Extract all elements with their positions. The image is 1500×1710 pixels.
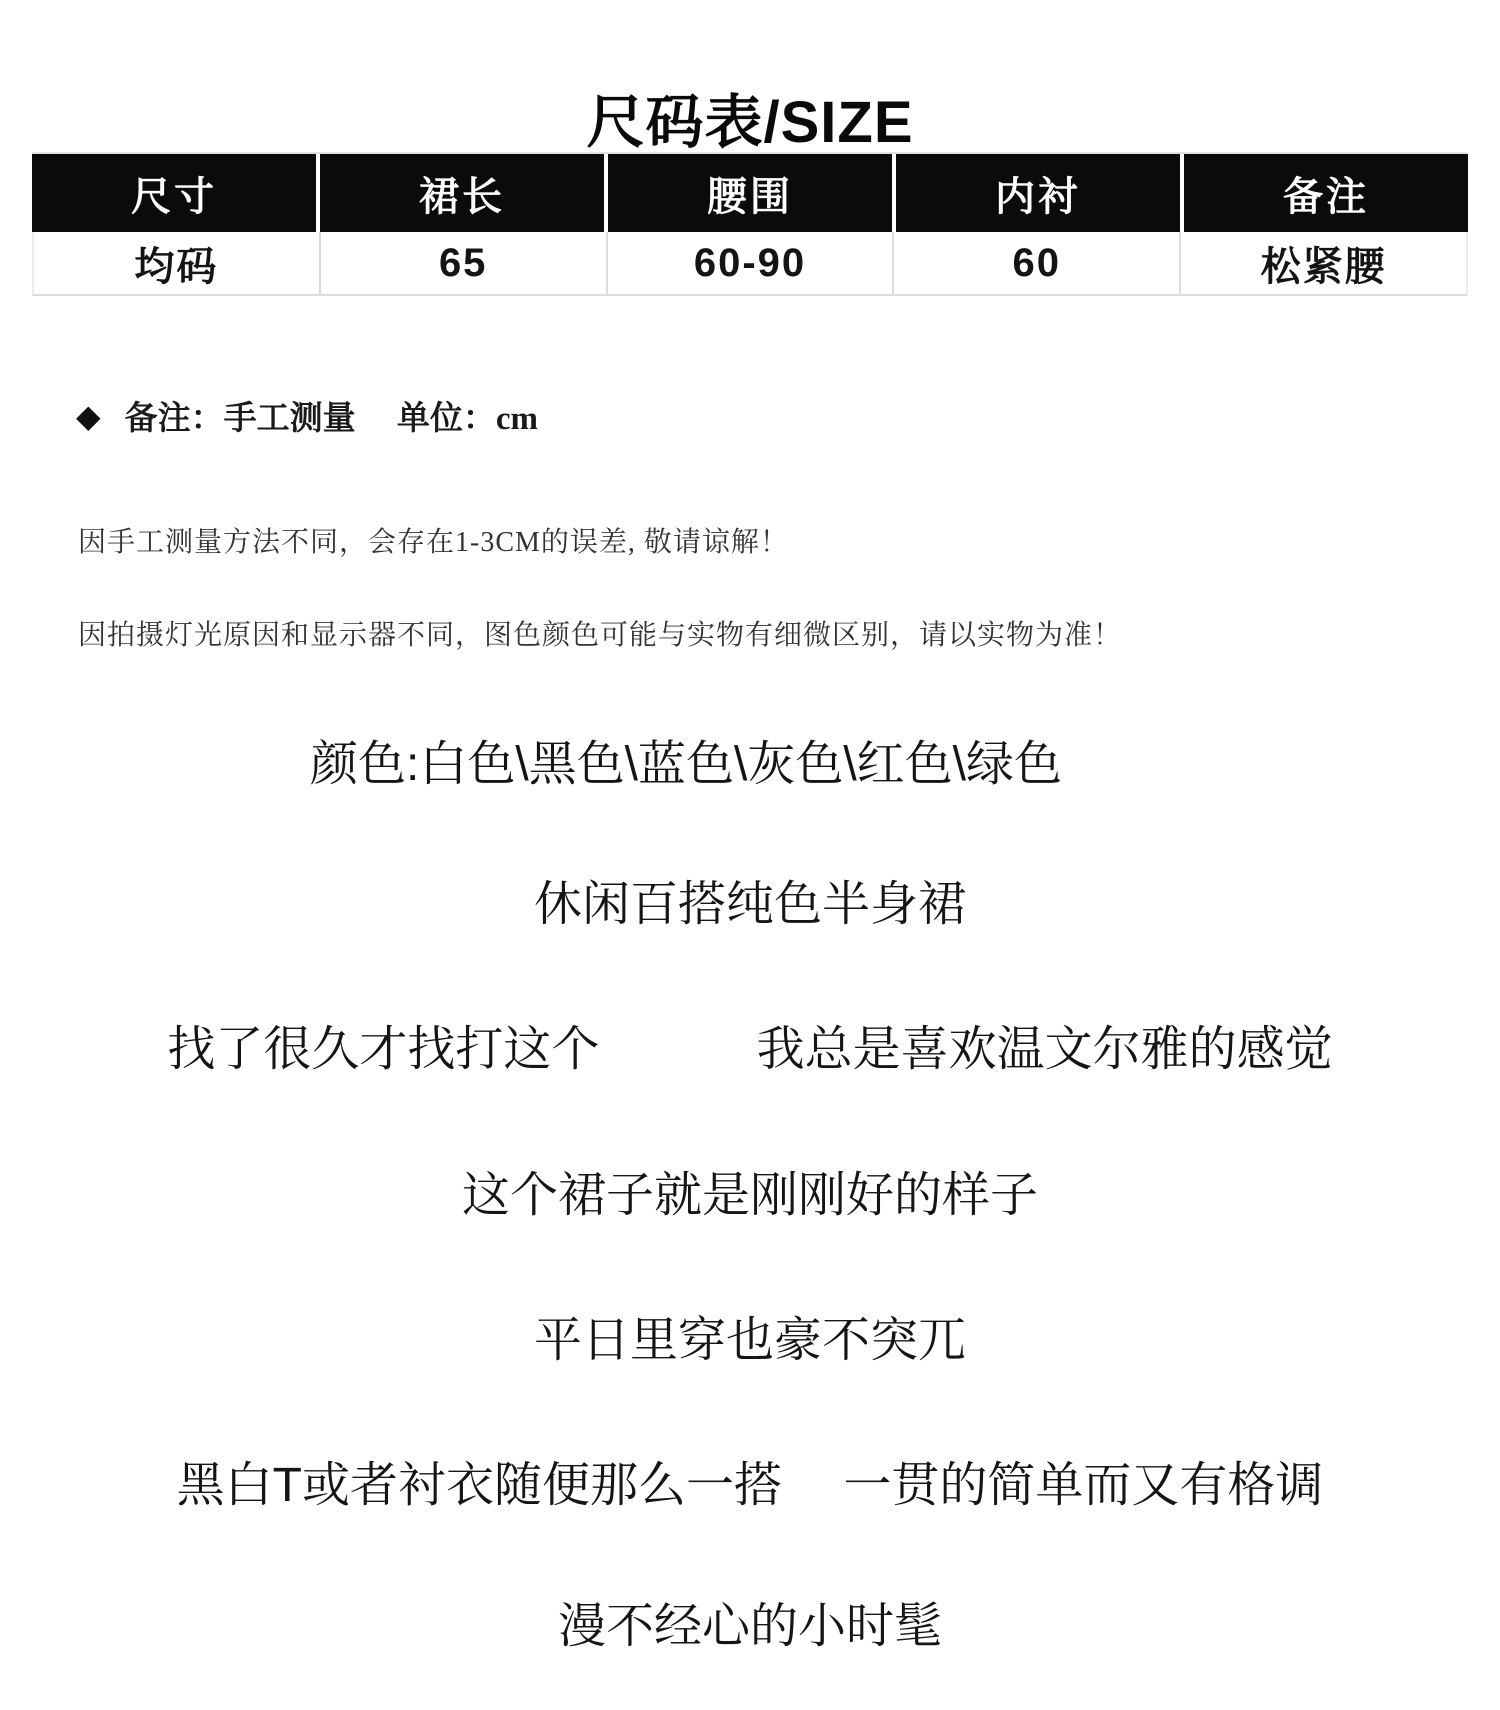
size-chart-page: 尺码表/SIZE 尺寸 裙长 腰围 内衬 备注 均码 65 60-90 60 松… — [0, 0, 1500, 1710]
size-table-data-row: 均码 65 60-90 60 松紧腰 — [32, 232, 1468, 296]
header-cell-waist: 腰围 — [604, 154, 892, 232]
header-cell-size: 尺寸 — [32, 154, 316, 232]
header-cell-lining: 内衬 — [892, 154, 1180, 232]
desc-style-line: 漫不经心的小时髦 — [0, 1601, 1500, 1653]
desc-colors-line: 颜色:白色\黑色\蓝色\灰色\红色\绿色 — [0, 739, 1436, 791]
header-cell-skirt-length: 裙长 — [316, 154, 604, 232]
desc-match-line: 黑白T或者衬衣随便那么一搭 一贯的简单而又有格调 — [0, 1460, 1500, 1512]
desc-product-line: 休闲百搭纯色半身裙 — [0, 879, 1500, 931]
cell-waist-value: 60-90 — [606, 232, 893, 294]
cell-skirt-length-value: 65 — [319, 232, 606, 294]
cell-lining-value: 60 — [892, 232, 1179, 294]
measure-note-line: ◆ 备注：手工测量 单位：cm — [76, 392, 538, 439]
desc-daily-line: 平日里穿也豪不突兀 — [0, 1315, 1500, 1367]
note-color-disclaimer: 因拍摄灯光原因和显示器不同，图色颜色可能与实物有细微区别，请以实物为准！ — [78, 613, 1122, 653]
header-cell-remark: 备注 — [1180, 154, 1468, 232]
desc-fit-line: 这个裙子就是刚刚好的样子 — [0, 1170, 1500, 1222]
cell-size-value: 均码 — [34, 232, 319, 294]
size-table: 尺寸 裙长 腰围 内衬 备注 均码 65 60-90 60 松紧腰 — [32, 152, 1468, 296]
cell-remark-value: 松紧腰 — [1179, 232, 1466, 294]
desc-feeling-line: 找了很久才找打这个 我总是喜欢温文尔雅的感觉 — [0, 1024, 1500, 1076]
measure-note-text: 备注：手工测量 单位：cm — [125, 392, 538, 439]
note-measurement-tolerance: 因手工测量方法不同，会存在1-3CM的误差, 敬请谅解！ — [78, 520, 789, 560]
diamond-icon: ◆ — [76, 400, 101, 432]
size-table-header-row: 尺寸 裙长 腰围 内衬 备注 — [32, 154, 1468, 232]
page-title: 尺码表/SIZE — [0, 75, 1500, 159]
